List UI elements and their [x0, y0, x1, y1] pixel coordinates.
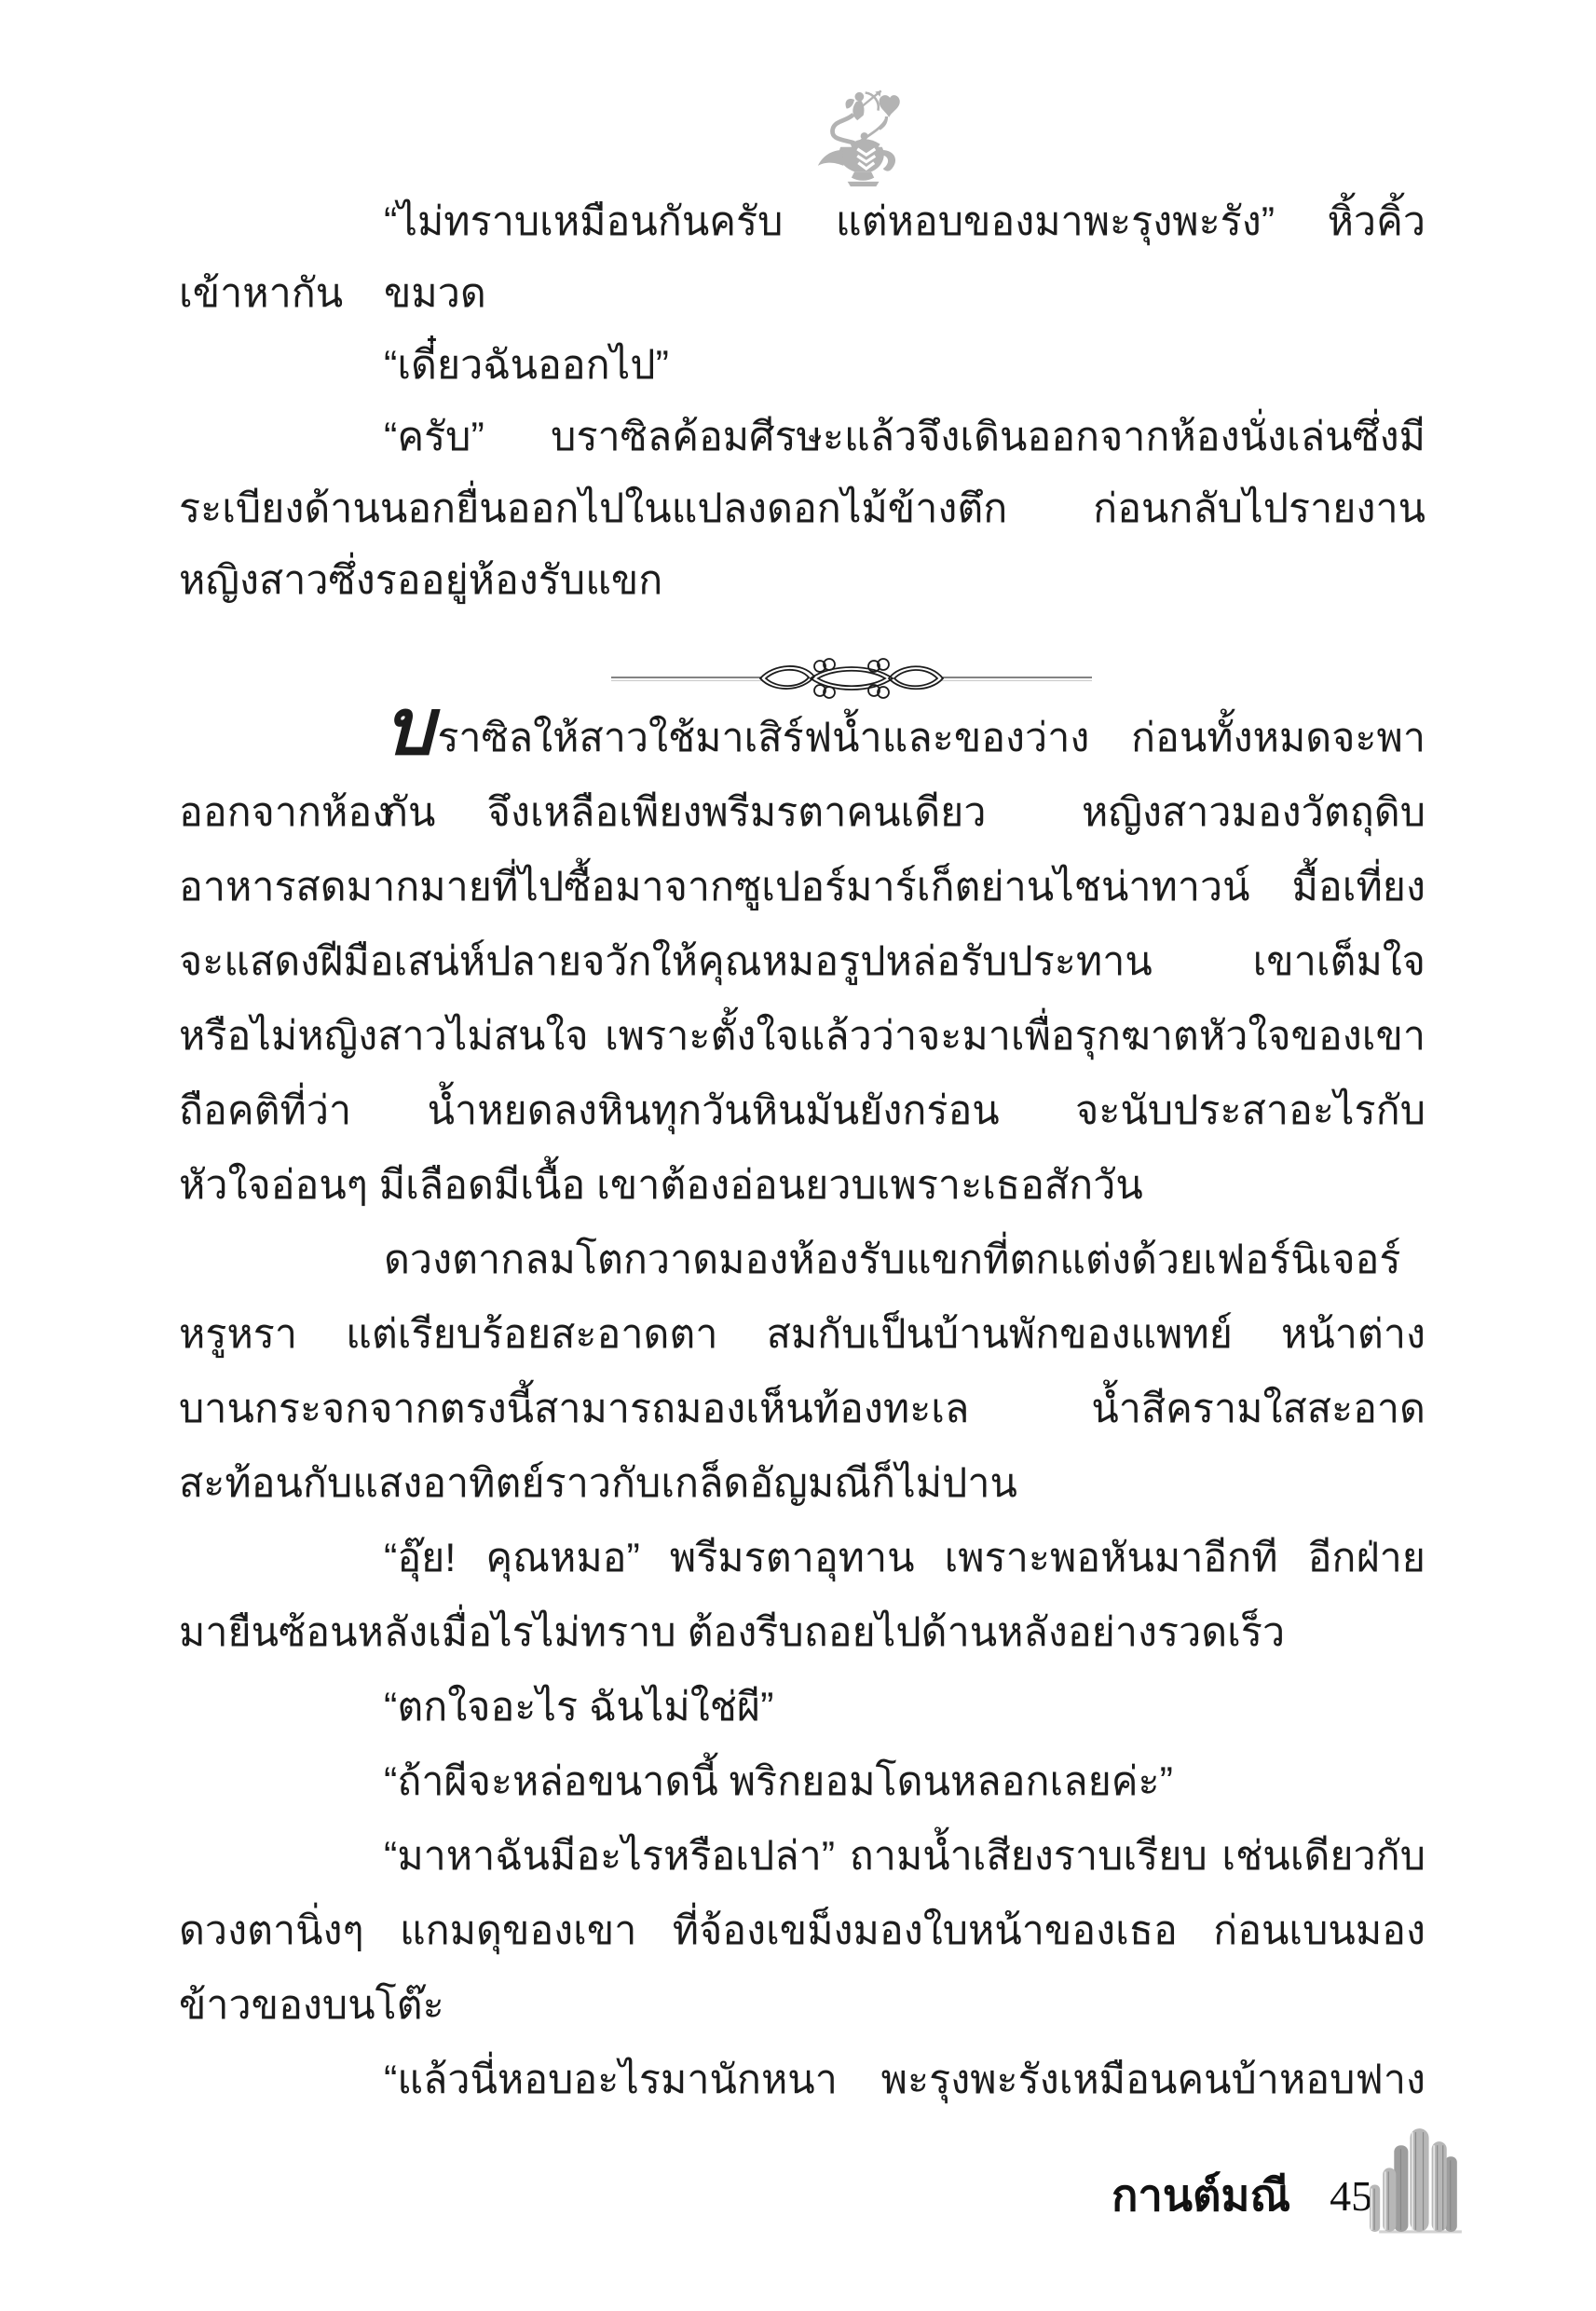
dialogue-line: “ถ้าผีจะหล่อขนาดนี้ พริกยอมโดนหลอกเลยค่ะ… — [179, 1744, 1425, 1819]
dialogue-line: “ตกใจอะไร ฉันไม่ใช่ผี” — [179, 1670, 1425, 1744]
scene-divider-ornament — [611, 652, 1092, 704]
paragraph-block-2: บราซิลให้สาวใช้มาเสิร์ฟน้ำและของว่าง ก่อ… — [179, 701, 1425, 2117]
text-line: หัวใจอ่อนๆ มีเลือดมีเนื้อ เขาต้องอ่อนยวบ… — [179, 1148, 1425, 1223]
text-line: อาหารสดมากมายที่ไปซื้อมาจากซูเปอร์มาร์เก… — [179, 850, 1425, 924]
paragraph-block-1: “ไม่ทราบเหมือนกันครับ แต่หอบของมาพะรุงพะ… — [179, 186, 1425, 617]
text-line: ออกจากห้อง จึงเหลือเพียงพรีมรตาคนเดียว ห… — [179, 775, 1425, 850]
dialogue-line: “เดี๋ยวฉันออกไป” — [179, 330, 1425, 402]
cactus-icon — [1354, 2121, 1482, 2238]
text-line: บานกระจกจากตรงนี้สามารถมองเห็นท้องทะเล น… — [179, 1372, 1425, 1446]
text-line: หรือไม่หญิงสาวไม่สนใจ เพราะตั้งใจแล้วว่า… — [179, 999, 1425, 1073]
dialogue-line: “มาหาฉันมีอะไรหรือเปล่า” ถามน้ำเสียงราบเ… — [179, 1819, 1425, 1894]
dropcap-line: บราซิลให้สาวใช้มาเสิร์ฟน้ำและของว่าง ก่อ… — [179, 701, 1425, 775]
text-line: “ไม่ทราบเหมือนกันครับ แต่หอบของมาพะรุงพะ… — [179, 186, 1425, 258]
dialogue-line: “ครับ” บราซิลค้อมศีรษะแล้วจึงเดินออกจากห… — [179, 402, 1425, 473]
text-line: หญิงสาวซึ่งรออยู่ห้องรับแขก — [179, 545, 1425, 617]
text-line: ถือคติที่ว่า น้ำหยดลงหินทุกวันหินมันยังก… — [179, 1073, 1425, 1148]
text-line: ข้าวของบนโต๊ะ — [179, 1968, 1425, 2043]
dialogue-line: “แล้วนี่หอบอะไรมานักหนา พะรุงพะรังเหมือน… — [179, 2043, 1425, 2117]
page-footer: กานต์มณี 45 — [1112, 2160, 1372, 2230]
text-line: ระเบียงด้านนอกยื่นออกไปในแปลงดอกไม้ข้างต… — [179, 473, 1425, 545]
text-line: สะท้อนกับแสงอาทิตย์ราวกับเกล็ดอัญมณีก็ไม… — [179, 1446, 1425, 1521]
text-line: เข้าหากัน — [179, 258, 1425, 330]
text-line: มายืนซ้อนหลังเมื่อไรไม่ทราบ ต้องรีบถอยไป… — [179, 1595, 1425, 1670]
text-line: ดวงตานิ่งๆ แกมดุของเขา ที่จ้องเขม็งมองใบ… — [179, 1894, 1425, 1968]
text-line: จะแสดงฝีมือเสน่ห์ปลายจวักให้คุณหมอรูปหล่… — [179, 924, 1425, 999]
text-line: หรูหรา แต่เรียบร้อยสะอาดตา สมกับเป็นบ้าน… — [179, 1297, 1425, 1372]
text-line: ดวงตากลมโตกวาดมองห้องรับแขกที่ตกแต่งด้วย… — [179, 1223, 1425, 1297]
book-title: กานต์มณี — [1112, 2160, 1290, 2230]
genie-lamp-icon — [803, 80, 904, 188]
book-page: “ไม่ทราบเหมือนกันครับ แต่หอบของมาพะรุงพะ… — [0, 0, 1596, 2311]
dialogue-line: “อุ๊ย! คุณหมอ” พรีมรตาอุทาน เพราะพอหันมา… — [179, 1521, 1425, 1595]
